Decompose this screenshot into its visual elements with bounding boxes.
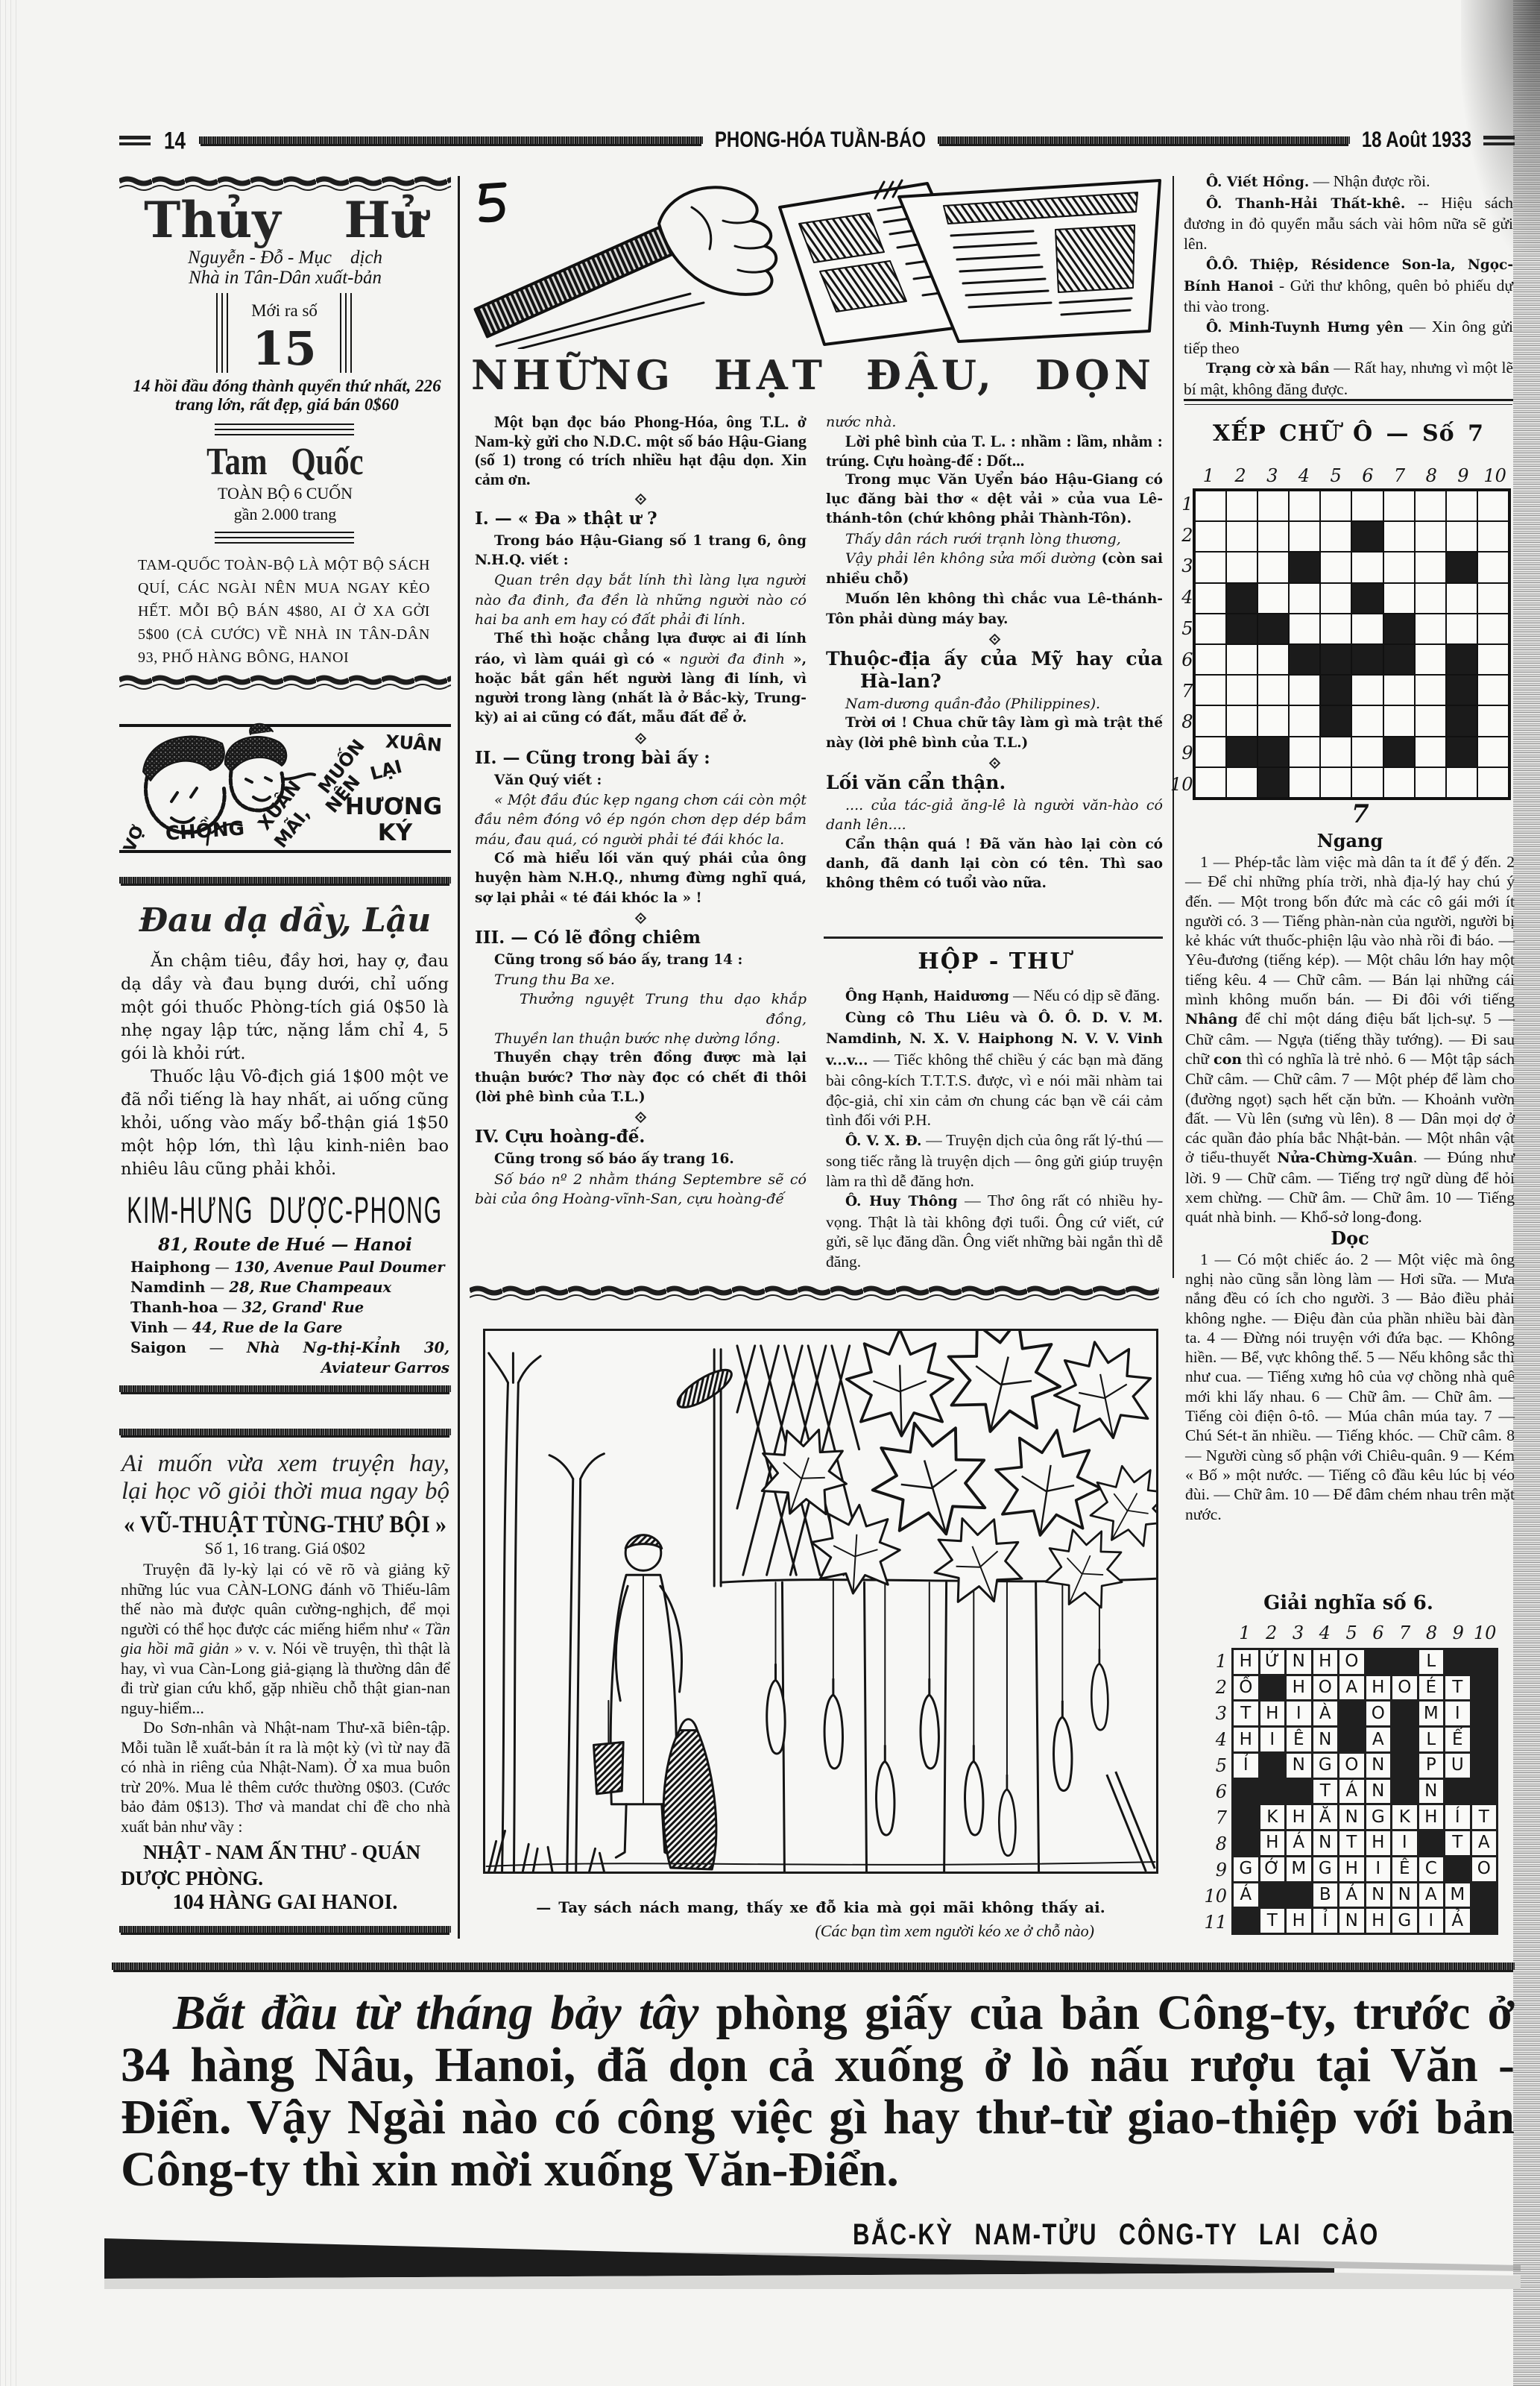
grid-cell: Í bbox=[1445, 1805, 1470, 1829]
box-rule-right bbox=[340, 293, 353, 373]
grid-cell: O bbox=[1339, 1650, 1364, 1674]
section-bar bbox=[119, 1385, 451, 1392]
grid-cell bbox=[1226, 644, 1257, 675]
grid-cell: Ă bbox=[1313, 1805, 1338, 1829]
column-number: 7 bbox=[1383, 465, 1416, 486]
grid-cell bbox=[1351, 705, 1383, 736]
column-divider bbox=[458, 176, 460, 1939]
row-number: 10 bbox=[1170, 774, 1193, 795]
black-cell bbox=[1472, 1909, 1497, 1933]
black-cell bbox=[1320, 644, 1351, 675]
black-cell bbox=[1392, 1702, 1417, 1725]
article-title: NHỮNG HẠT ĐẬU, DỌN bbox=[471, 353, 1155, 397]
grid-cell bbox=[1477, 491, 1509, 521]
wavy-border bbox=[119, 675, 451, 691]
crossword-row-numbers: 12345678910 bbox=[1170, 488, 1188, 800]
ornament-diamond-icon bbox=[988, 634, 1000, 646]
grid-cell bbox=[1351, 552, 1383, 582]
grid-cell bbox=[1289, 614, 1320, 644]
grid-cell: T bbox=[1445, 1676, 1470, 1700]
black-cell bbox=[1472, 1883, 1497, 1907]
grid-cell bbox=[1351, 675, 1383, 705]
ornament-diamond-icon bbox=[635, 733, 647, 745]
section-heading: III. — Có lẽ đồng chiêm bbox=[475, 927, 807, 949]
black-cell bbox=[1392, 1780, 1417, 1804]
grid-cell bbox=[1226, 521, 1257, 552]
solution-grid: HỬNHOLỒHOAHOÉTTHIÀOMIHIÊNALẾỈNGONPUTÁNNK… bbox=[1231, 1648, 1498, 1935]
mailbox-entry: Ô. V. X. Đ. — Truyện dịch của ông rất lý… bbox=[826, 1130, 1163, 1192]
grid-cell bbox=[1226, 705, 1257, 736]
black-cell bbox=[1392, 1650, 1417, 1674]
solution-column-numbers: 12345678910 bbox=[1231, 1619, 1498, 1643]
grid-cell: Á bbox=[1234, 1883, 1258, 1907]
black-cell bbox=[1289, 552, 1320, 582]
black-cell bbox=[1446, 675, 1477, 705]
row-number: 2 bbox=[1170, 525, 1193, 546]
article-paragraph: Cũng trong số báo ấy, trang 14 : bbox=[475, 951, 807, 970]
grid-cell bbox=[1289, 705, 1320, 736]
grid-cell: T bbox=[1339, 1831, 1364, 1855]
column-number: 4 bbox=[1288, 465, 1320, 486]
ad-headline: Ai muốn vừa xem truyện hay, bbox=[122, 1449, 449, 1478]
grid-cell: H bbox=[1366, 1676, 1391, 1700]
grid-cell bbox=[1446, 614, 1477, 644]
grid-cell bbox=[1383, 552, 1415, 582]
issue-date: 18 Août 1933 bbox=[1359, 126, 1474, 154]
grid-cell: M bbox=[1287, 1857, 1311, 1881]
ad-headline: lại học võ giỏi thời mua ngay bộ bbox=[122, 1477, 449, 1505]
grid-cell: A bbox=[1366, 1728, 1391, 1751]
header-bar bbox=[938, 136, 1350, 144]
black-cell bbox=[1226, 737, 1257, 767]
grid-cell bbox=[1226, 675, 1257, 705]
grid-cell bbox=[1351, 767, 1383, 798]
section-heading: Thuộc-địa ấy của Mỹ hay của Hà-lan? bbox=[826, 648, 1163, 693]
grid-cell: C bbox=[1419, 1857, 1444, 1881]
grid-cell bbox=[1289, 767, 1320, 798]
grid-cell bbox=[1257, 583, 1289, 614]
grid-cell bbox=[1351, 491, 1383, 521]
ad-issue-info: Số 1, 16 trang. Giá 0$02 bbox=[119, 1538, 451, 1559]
grid-cell: N bbox=[1313, 1831, 1338, 1855]
grid-cell: G bbox=[1234, 1857, 1258, 1881]
grid-cell: I bbox=[1445, 1702, 1470, 1725]
article-paragraph: Văn Quý viết : bbox=[475, 771, 807, 790]
mailbox-title: HỘP - THƯ bbox=[826, 947, 1163, 977]
black-cell bbox=[1472, 1676, 1497, 1700]
black-cell bbox=[1446, 737, 1477, 767]
grid-cell: Ế bbox=[1445, 1728, 1470, 1751]
row-number: 9 bbox=[1170, 743, 1193, 764]
article-paragraph: Trong báo Hậu-Giang số 1 trang 6, ông N.… bbox=[475, 532, 807, 571]
black-cell bbox=[1257, 614, 1289, 644]
black-cell bbox=[1351, 521, 1383, 552]
issue-label: Mới ra số bbox=[229, 300, 340, 321]
ad-description: 14 hồi đầu đóng thành quyển thứ nhất, 22… bbox=[125, 377, 449, 414]
grid-cell: N bbox=[1287, 1650, 1311, 1674]
grid-cell bbox=[1415, 705, 1446, 736]
brand-huong-ky: KÝ bbox=[378, 819, 413, 846]
grid-cell bbox=[1195, 614, 1226, 644]
grid-cell: H bbox=[1313, 1650, 1338, 1674]
row-number: 8 bbox=[1170, 711, 1193, 732]
grid-cell bbox=[1226, 491, 1257, 521]
ad-publisher-name: NHẬT - NAM ẤN THƯ - QUÁN DƯỢC PHÒNG. bbox=[121, 1839, 450, 1892]
black-cell bbox=[1260, 1676, 1285, 1700]
article-paragraph: Cẩn thận quá ! Đã văn hào lại còn có dan… bbox=[826, 835, 1163, 894]
black-cell bbox=[1472, 1702, 1497, 1725]
grid-cell: L bbox=[1419, 1650, 1444, 1674]
section-bar bbox=[119, 877, 451, 884]
column-number: 3 bbox=[1285, 1622, 1312, 1643]
grid-cell: O bbox=[1339, 1754, 1364, 1778]
grid-cell bbox=[1415, 614, 1446, 644]
grid-cell bbox=[1195, 644, 1226, 675]
row-number: 3 bbox=[1203, 1703, 1227, 1724]
row-number: 1 bbox=[1203, 1651, 1227, 1672]
mailbox-entry: Ô. Minh-Tuynh Hưng yên — Xin ông gửi tiế… bbox=[1184, 317, 1513, 358]
grid-cell: Ớ bbox=[1260, 1857, 1285, 1881]
grid-cell: N bbox=[1339, 1909, 1364, 1933]
grid-cell: H bbox=[1366, 1831, 1391, 1855]
grid-cell bbox=[1477, 644, 1509, 675]
black-cell bbox=[1472, 1754, 1497, 1778]
black-cell bbox=[1339, 1702, 1364, 1725]
solution-row-numbers: 1234567891011 bbox=[1203, 1648, 1227, 1935]
ad-tam-quoc-title: Tam Quốc bbox=[119, 445, 451, 479]
grid-cell bbox=[1415, 491, 1446, 521]
black-cell bbox=[1446, 552, 1477, 582]
ad-pages: gần 2.000 trang bbox=[119, 506, 451, 523]
grid-cell: N bbox=[1366, 1754, 1391, 1778]
double-rule bbox=[1184, 399, 1513, 401]
ornament-diamond-icon bbox=[635, 494, 647, 506]
ad-paragraph: Ăn chậm tiêu, đầy hơi, hay ợ, đau dạ dầy… bbox=[121, 950, 449, 1065]
box-rule-left bbox=[216, 293, 229, 373]
grid-cell: T bbox=[1445, 1831, 1470, 1855]
grid-cell bbox=[1257, 552, 1289, 582]
mailbox-entry: Ông Hạnh, Haidương — Nếu có dịp sẽ đăng. bbox=[826, 986, 1163, 1007]
black-cell bbox=[1445, 1780, 1470, 1804]
grid-cell: I bbox=[1366, 1857, 1391, 1881]
article-column-left: Một bạn đọc báo Phong-Hóa, ông T.L. ở Na… bbox=[475, 412, 807, 1209]
grid-cell: Ê bbox=[1392, 1857, 1417, 1881]
grid-cell bbox=[1195, 583, 1226, 614]
grid-cell: H bbox=[1287, 1676, 1311, 1700]
cartoon-hint: (Các bạn tìm xem người kéo xe ở chỗ nào) bbox=[483, 1921, 1094, 1942]
grid-cell: N bbox=[1339, 1805, 1364, 1829]
grid-cell bbox=[1195, 491, 1226, 521]
article-paragraph: Trong mục Văn Uyển báo Hậu-Giang có lục … bbox=[826, 470, 1163, 529]
header-rule-left bbox=[119, 136, 151, 145]
column-number: 1 bbox=[1193, 465, 1225, 486]
column-number: 1 bbox=[1231, 1622, 1258, 1643]
issue-number: 15 bbox=[229, 325, 340, 373]
column-number: 3 bbox=[1256, 465, 1288, 486]
black-cell bbox=[1257, 737, 1289, 767]
brand-huong-ky: HƯƠNG bbox=[345, 793, 442, 820]
ad-tam-quoc-title-text: Tam Quốc bbox=[206, 445, 363, 479]
black-cell bbox=[1257, 767, 1289, 798]
crossword-grid bbox=[1193, 488, 1511, 800]
grid-cell bbox=[1195, 705, 1226, 736]
column-number: 10 bbox=[1471, 1622, 1498, 1643]
grid-cell bbox=[1383, 705, 1415, 736]
row-number: 1 bbox=[1170, 494, 1193, 514]
grid-cell: N bbox=[1287, 1754, 1311, 1778]
grid-cell bbox=[1477, 552, 1509, 582]
grid-cell bbox=[1415, 644, 1446, 675]
column-number: 9 bbox=[1445, 1622, 1471, 1643]
black-cell bbox=[1446, 644, 1477, 675]
cartoon-illustration bbox=[485, 1331, 1156, 1872]
ad-volumes: TOÀN BỘ 6 CUỐN bbox=[119, 485, 451, 503]
grid-cell: T bbox=[1313, 1780, 1338, 1804]
slogan-word: CHỒNG bbox=[165, 813, 245, 845]
grid-cell bbox=[1320, 491, 1351, 521]
black-cell bbox=[1320, 675, 1351, 705]
grid-cell: N bbox=[1313, 1728, 1338, 1751]
grid-cell: Ỉ bbox=[1234, 1754, 1258, 1778]
branch-address: Saigon — Nhà Ng-thị-Kỉnh 30, Aviateur Ga… bbox=[130, 1338, 449, 1379]
ad-kim-hung-title: Đau dạ dầy, Lậu bbox=[119, 902, 451, 939]
poem-line: Vậy phải lên không sửa mối dường (còn sa… bbox=[826, 549, 1163, 591]
grid-cell: I bbox=[1287, 1702, 1311, 1725]
grid-cell: Á bbox=[1339, 1780, 1364, 1804]
pen-and-newspaper-illustration bbox=[467, 176, 1164, 349]
grid-cell: H bbox=[1260, 1702, 1285, 1725]
clues-across-title: Ngang bbox=[1185, 830, 1515, 852]
black-cell bbox=[1260, 1883, 1285, 1907]
black-cell bbox=[1383, 737, 1415, 767]
grid-cell bbox=[1320, 583, 1351, 614]
crossword-column-numbers: 12345678910 bbox=[1193, 462, 1511, 486]
grid-cell: O bbox=[1472, 1857, 1497, 1881]
grid-cell bbox=[1257, 705, 1289, 736]
grid-cell bbox=[1320, 521, 1351, 552]
ad-brand: KIM-HƯNG DƯỢC-PHONG bbox=[119, 1189, 451, 1232]
black-cell bbox=[1366, 1650, 1391, 1674]
ornament-diamond-icon bbox=[635, 913, 647, 925]
banner-rule bbox=[112, 1962, 1515, 1970]
ad-huong-ky-illustration: VỢ CHỒNG XUÂN MÃI, MUỐN NÊN XUÂN LẠI HƯƠ… bbox=[119, 720, 451, 857]
article-quote: nước nhà. bbox=[826, 412, 1163, 432]
black-cell bbox=[1351, 644, 1383, 675]
page-header: 14 PHONG-HÓA TUẦN-BÁO 18 Août 1933 bbox=[119, 128, 1515, 152]
article-intro: Một bạn đọc báo Phong-Hóa, ông T.L. ở Na… bbox=[475, 412, 807, 489]
row-number: 5 bbox=[1203, 1755, 1227, 1776]
column-number: 6 bbox=[1352, 465, 1384, 486]
branch-address: Vinh — 44, Rue de la Gare bbox=[130, 1318, 449, 1338]
section-bar bbox=[119, 1926, 451, 1933]
grid-cell: N bbox=[1366, 1780, 1391, 1804]
grid-cell bbox=[1257, 521, 1289, 552]
black-cell bbox=[1339, 1728, 1364, 1751]
grid-cell bbox=[1195, 675, 1226, 705]
article-paragraph: Thế thì hoặc chẳng lựa được ai đi lính r… bbox=[475, 629, 807, 728]
cartoon-caption: — Tay sách nách mang, thấy xe đỗ kia mà … bbox=[483, 1897, 1158, 1918]
black-cell bbox=[1383, 644, 1415, 675]
branch-address: Namdinh — 28, Rue Champeaux bbox=[130, 1278, 449, 1298]
ad-vu-thuat-title: « VŨ-THUẬT TÙNG-THƯ BỘI » bbox=[119, 1509, 451, 1540]
grid-cell: T bbox=[1472, 1805, 1497, 1829]
grid-cell: B bbox=[1313, 1883, 1338, 1907]
row-number: 10 bbox=[1203, 1886, 1227, 1907]
banner-notice: Bắt đầu từ tháng bảy tây phòng giấy của … bbox=[121, 1987, 1515, 2196]
ad-thuy-hu-title: Thủy Hử bbox=[119, 195, 451, 245]
row-number: 3 bbox=[1170, 555, 1193, 576]
grid-cell: É bbox=[1419, 1676, 1444, 1700]
grid-cell: T bbox=[1260, 1909, 1285, 1933]
grid-cell: Ả bbox=[1445, 1909, 1470, 1933]
article-quote: Nam-dương quần-đảo (Philippines). bbox=[826, 694, 1163, 714]
section-bar bbox=[119, 1429, 451, 1435]
article-quote: Số báo nº 2 nhằm tháng Septembre sẽ có b… bbox=[475, 1170, 807, 1209]
grid-cell: N bbox=[1366, 1883, 1391, 1907]
black-cell bbox=[1226, 614, 1257, 644]
black-cell bbox=[1234, 1831, 1258, 1855]
triple-rule bbox=[215, 424, 354, 436]
grid-cell bbox=[1383, 675, 1415, 705]
black-cell bbox=[1234, 1909, 1258, 1933]
row-number: 11 bbox=[1203, 1912, 1227, 1933]
black-cell bbox=[1392, 1754, 1417, 1778]
grid-cell: I bbox=[1260, 1728, 1285, 1751]
column-number: 7 bbox=[1392, 1622, 1418, 1643]
grid-cell: K bbox=[1260, 1805, 1285, 1829]
grid-cell: G bbox=[1313, 1754, 1338, 1778]
poem-line: Thuyền lan thuận bước nhẹ dường lồng. bbox=[475, 1029, 807, 1048]
column-number: 10 bbox=[1479, 465, 1511, 486]
grid-cell bbox=[1383, 767, 1415, 798]
grid-cell: À bbox=[1313, 1702, 1338, 1725]
article-paragraph: Muốn lên không thì chắc vua Lê-thánh-Tôn… bbox=[826, 590, 1163, 629]
grid-cell bbox=[1289, 737, 1320, 767]
mailbox-entry: Ô.Ô. Thiệp, Résidence Son-la, Ngọc-Bính … bbox=[1184, 254, 1513, 317]
grid-cell bbox=[1477, 767, 1509, 798]
branch-address: Haiphong — 130, Avenue Paul Doumer bbox=[130, 1258, 449, 1278]
mailbox-entry: Ô. Viết Hồng. — Nhận được rồi. bbox=[1184, 171, 1513, 193]
ad-translator: Nguyễn - Đỗ - Mục dịch bbox=[119, 248, 451, 268]
mailbox-continued: Ô. Viết Hồng. — Nhận được rồi. Ô. Thanh-… bbox=[1184, 171, 1513, 400]
slogan-word: XUÂN bbox=[385, 730, 443, 755]
grid-cell bbox=[1320, 552, 1351, 582]
mailbox-entry: Trạng cờ xà bần — Rất hay, nhưng vì một … bbox=[1184, 358, 1513, 399]
grid-cell: Ồ bbox=[1234, 1676, 1258, 1700]
grid-cell bbox=[1289, 491, 1320, 521]
grid-cell: A bbox=[1419, 1883, 1444, 1907]
black-cell bbox=[1445, 1857, 1470, 1881]
grid-cell: K bbox=[1392, 1805, 1417, 1829]
grid-cell: P bbox=[1419, 1754, 1444, 1778]
grid-cell: H bbox=[1234, 1728, 1258, 1751]
grid-cell: H bbox=[1287, 1805, 1311, 1829]
grid-cell bbox=[1195, 552, 1226, 582]
article-paragraph: Lời phê bình của T. L. : nhầm : lầm, nhằ… bbox=[826, 432, 1163, 470]
solution-title: Giải nghĩa số 6. bbox=[1184, 1590, 1513, 1616]
grid-cell bbox=[1257, 675, 1289, 705]
slogan-word: LẠI bbox=[368, 756, 405, 784]
section-heading: IV. Cựu hoàng-đế. bbox=[475, 1126, 807, 1148]
grid-cell bbox=[1446, 521, 1477, 552]
ad-paragraph: Truyện đã ly-kỳ lại có vẽ rõ và giảng kỹ… bbox=[121, 1560, 450, 1718]
grid-cell: Ê bbox=[1287, 1728, 1311, 1751]
grid-cell: H bbox=[1339, 1857, 1364, 1881]
grid-cell bbox=[1257, 491, 1289, 521]
grid-cell: H bbox=[1419, 1805, 1444, 1829]
black-cell bbox=[1383, 614, 1415, 644]
grid-cell bbox=[1195, 767, 1226, 798]
grid-cell bbox=[1320, 737, 1351, 767]
grid-cell: G bbox=[1366, 1805, 1391, 1829]
column-number: 8 bbox=[1418, 1622, 1445, 1643]
grid-cell bbox=[1415, 737, 1446, 767]
grid-cell bbox=[1477, 521, 1509, 552]
grid-cell bbox=[1477, 705, 1509, 736]
ad-tam-quoc-body: TAM-QUỐC TOÀN-BỘ LÀ MỘT BỘ SÁCH QUÍ, CÁC… bbox=[138, 554, 430, 670]
grid-cell bbox=[1320, 767, 1351, 798]
row-number: 9 bbox=[1203, 1860, 1227, 1880]
row-number: 7 bbox=[1203, 1807, 1227, 1828]
article-quote: .... của tác-giả ăng-lê là người văn-hào… bbox=[826, 796, 1163, 835]
row-number: 2 bbox=[1203, 1677, 1227, 1698]
grid-cell: I bbox=[1419, 1909, 1444, 1933]
grid-cell: Á bbox=[1287, 1831, 1311, 1855]
mailbox-rule bbox=[824, 937, 1163, 939]
scan-edge-right bbox=[1513, 0, 1540, 2386]
grid-cell: O bbox=[1392, 1676, 1417, 1700]
row-number: 5 bbox=[1170, 618, 1193, 639]
black-cell bbox=[1289, 644, 1320, 675]
black-cell bbox=[1472, 1650, 1497, 1674]
column-number: 2 bbox=[1225, 465, 1257, 486]
section-heading: I. — « Đa » thật ư ? bbox=[475, 508, 807, 530]
grid-cell bbox=[1195, 737, 1226, 767]
crossword-mark: 7 bbox=[1351, 799, 1369, 829]
ornament-diamond-icon bbox=[635, 1112, 647, 1124]
row-number: 4 bbox=[1170, 587, 1193, 608]
article-paragraph: Thuyền chạy trên đồng được mà lại thuận … bbox=[475, 1048, 807, 1107]
scan-edge-left bbox=[0, 0, 19, 2386]
column-number: 9 bbox=[1448, 465, 1480, 486]
clues-down: 1 — Có một chiếc áo. 2 — Một việc mà ông… bbox=[1185, 1250, 1515, 1524]
page-number: 14 bbox=[160, 126, 190, 154]
grid-cell: H bbox=[1287, 1909, 1311, 1933]
grid-cell bbox=[1415, 552, 1446, 582]
column-number: 2 bbox=[1258, 1622, 1285, 1643]
black-cell bbox=[1287, 1883, 1311, 1907]
poem-title: Trung thu Ba xe. bbox=[475, 970, 807, 989]
grid-cell: Ỉ bbox=[1313, 1909, 1338, 1933]
grid-cell: Ả bbox=[1339, 1883, 1364, 1907]
row-number: 8 bbox=[1203, 1833, 1227, 1854]
grid-cell bbox=[1195, 521, 1226, 552]
ad-paragraph: Do Sơn-nhân và Nhật-nam Thư-xã biên-tập.… bbox=[121, 1718, 450, 1836]
grid-cell bbox=[1415, 675, 1446, 705]
branch-address: Thanh-hoa — 32, Grand' Rue bbox=[130, 1298, 449, 1318]
poem-line: Thưởng nguyệt Trung thu dạo khắp đồng, bbox=[475, 989, 807, 1029]
grid-cell: M bbox=[1445, 1883, 1470, 1907]
grid-cell bbox=[1320, 614, 1351, 644]
grid-cell: I bbox=[1392, 1831, 1417, 1855]
ad-publisher-address: 104 HÀNG GAI HANOI. bbox=[119, 1891, 451, 1915]
grid-cell bbox=[1415, 767, 1446, 798]
article-paragraph: Cũng trong số báo ấy trang 16. bbox=[475, 1150, 807, 1169]
grid-cell: L bbox=[1419, 1728, 1444, 1751]
column-number: 8 bbox=[1416, 465, 1448, 486]
row-number: 4 bbox=[1203, 1729, 1227, 1750]
crossword-clues: Ngang 1 — Phép-tắc làm việc mà dân ta ít… bbox=[1185, 830, 1515, 1524]
